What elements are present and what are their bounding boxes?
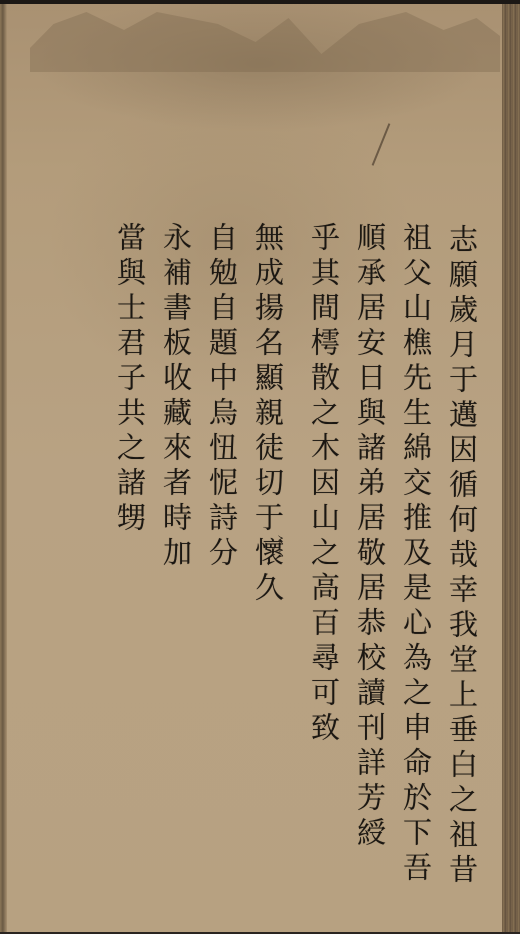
water-stain [30, 12, 500, 72]
text-columns: 志願歲月于邁因循何哉幸我堂上垂白之祖昔 祖父山樵先生綿交推及是心為之申命於下吾 … [112, 222, 480, 889]
book-binding-edge [0, 4, 7, 932]
text-column-7: 永補書板收藏來者時加 [158, 222, 194, 889]
text-column-1: 志願歲月于邁因循何哉幸我堂上垂白之祖昔 [444, 224, 480, 889]
page-stack-edge [502, 4, 520, 932]
paper-crease [372, 123, 391, 165]
manuscript-page: 志願歲月于邁因循何哉幸我堂上垂白之祖昔 祖父山樵先生綿交推及是心為之申命於下吾 … [0, 4, 520, 932]
repetition-mark: 〻〻 [272, 534, 289, 558]
text-column-2: 祖父山樵先生綿交推及是心為之申命於下吾 [398, 222, 434, 889]
text-column-4: 乎其間樗散之木因山之高百尋可致 [306, 222, 342, 889]
text-column-6: 自勉自題中烏忸怩詩分 [204, 222, 240, 889]
text-column-3: 順承居安日與諸弟居敬居恭校讀刊詳芳綬 [352, 222, 388, 889]
text-column-8: 當與士君子共之諸甥 [112, 222, 148, 889]
